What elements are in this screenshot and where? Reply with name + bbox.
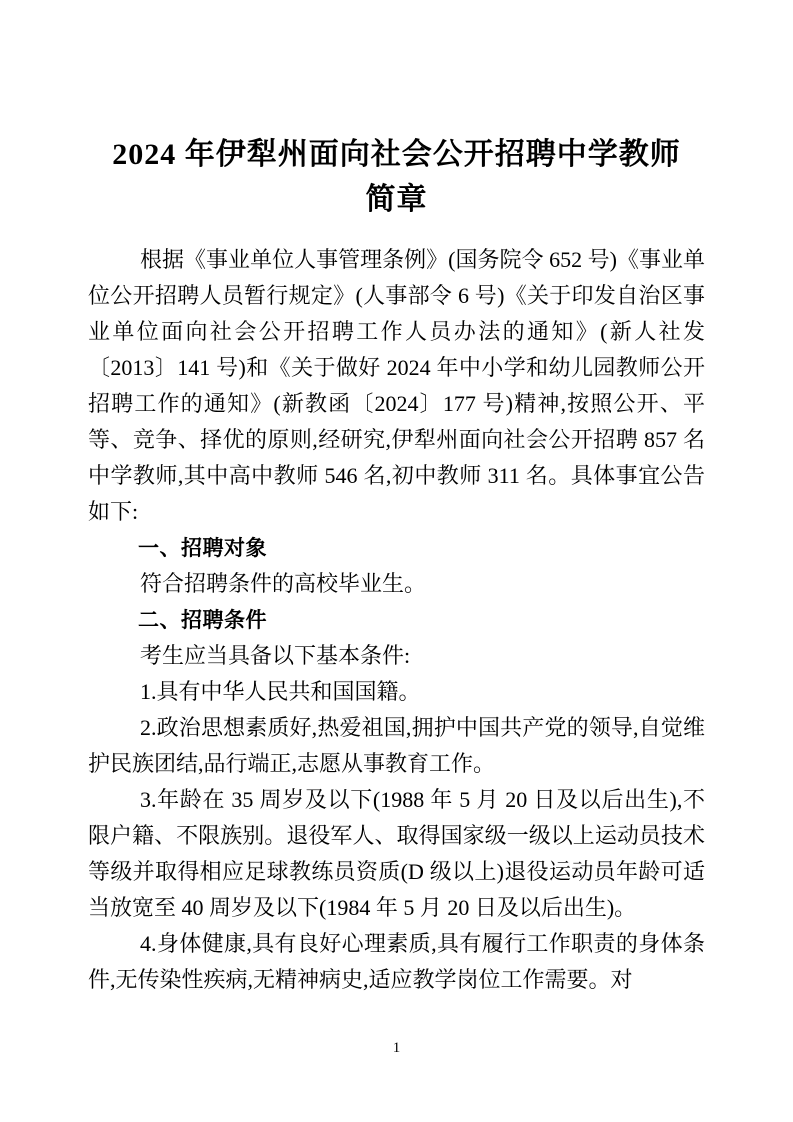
section-1-body: 符合招聘条件的高校毕业生。: [88, 566, 705, 602]
condition-item-4: 4.身体健康,具有良好心理素质,具有履行工作职责的身体条件,无传染性疾病,无精神…: [88, 926, 705, 998]
document-page: 2024 年伊犁州面向社会公开招聘中学教师 简章 根据《事业单位人事管理条例》(…: [0, 0, 793, 1122]
section-1-heading: 一、招聘对象: [88, 530, 705, 566]
intro-paragraph: 根据《事业单位人事管理条例》(国务院令 652 号)《事业单位公开招聘人员暂行规…: [88, 242, 705, 530]
title-line-2: 简章: [88, 177, 705, 222]
section-2-heading: 二、招聘条件: [88, 602, 705, 638]
document-title: 2024 年伊犁州面向社会公开招聘中学教师 简章: [88, 132, 705, 222]
condition-item-3: 3.年龄在 35 周岁及以下(1988 年 5 月 20 日及以后出生),不限户…: [88, 782, 705, 926]
document-content: 2024 年伊犁州面向社会公开招聘中学教师 简章 根据《事业单位人事管理条例》(…: [88, 132, 705, 998]
condition-item-2: 2.政治思想素质好,热爱祖国,拥护中国共产党的领导,自觉维护民族团结,品行端正,…: [88, 710, 705, 782]
page-number: 1: [0, 1038, 793, 1058]
title-line-1: 2024 年伊犁州面向社会公开招聘中学教师: [88, 132, 705, 177]
section-2-lead: 考生应当具备以下基本条件:: [88, 638, 705, 674]
condition-item-1: 1.具有中华人民共和国国籍。: [88, 674, 705, 710]
